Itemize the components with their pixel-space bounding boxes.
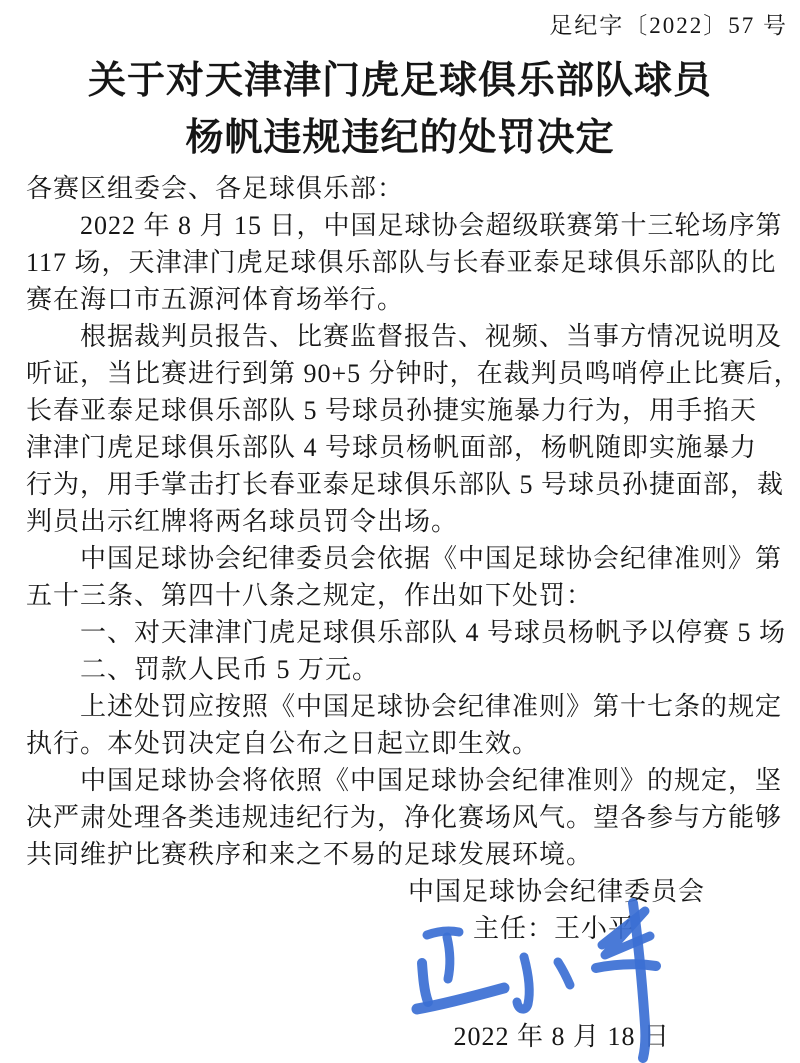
body-line: 决严肃处理各类违规违纪行为，净化赛场风气。望各参与方能够 bbox=[26, 799, 790, 836]
body-line: 听证，当比赛进行到第 90+5 分钟时，在裁判员鸣哨停止比赛后， bbox=[26, 355, 790, 392]
body-line: 中国足球协会将依照《中国足球协会纪律准则》的规定，坚 bbox=[26, 762, 790, 799]
body-line: 五十三条、第四十八条之规定，作出如下处罚： bbox=[26, 577, 790, 614]
salutation-line: 各赛区组委会、各足球俱乐部： bbox=[26, 170, 790, 207]
body-line: 117 场，天津津门虎足球俱乐部队与长春亚泰足球俱乐部队的比 bbox=[26, 244, 790, 281]
body-line: 赛在海口市五源河体育场举行。 bbox=[26, 281, 790, 318]
body-line: 中国足球协会纪律委员会依据《中国足球协会纪律准则》第 bbox=[26, 540, 790, 577]
body-line: 长春亚泰足球俱乐部队 5 号球员孙捷实施暴力行为，用手掐天 bbox=[26, 392, 790, 429]
document-date: 2022 年 8 月 18 日 bbox=[0, 1018, 800, 1055]
body-line: 上述处罚应按照《中国足球协会纪律准则》第十七条的规定 bbox=[26, 688, 790, 725]
body-line: 共同维护比赛秩序和来之不易的足球发展环境。 bbox=[26, 836, 790, 873]
document-number: 足纪字〔2022〕57 号 bbox=[0, 0, 800, 40]
document-page: 足纪字〔2022〕57 号 关于对天津津门虎足球俱乐部队球员 杨帆违规违纪的处罚… bbox=[0, 0, 800, 1063]
body-line: 2022 年 8 月 15 日，中国足球协会超级联赛第十三轮场序第 bbox=[26, 207, 790, 244]
title-line-1: 关于对天津津门虎足球俱乐部队球员 bbox=[0, 53, 800, 110]
body-line: 执行。本处罚决定自公布之日起立即生效。 bbox=[26, 725, 790, 762]
director-line: 主任：王小平 bbox=[0, 910, 800, 947]
document-body: 各赛区组委会、各足球俱乐部： 2022 年 8 月 15 日，中国足球协会超级联… bbox=[0, 170, 800, 873]
document-title: 关于对天津津门虎足球俱乐部队球员 杨帆违规违纪的处罚决定 bbox=[0, 53, 800, 167]
title-line-2: 杨帆违规违纪的处罚决定 bbox=[0, 110, 800, 167]
body-line: 判员出示红牌将两名球员罚令出场。 bbox=[26, 503, 790, 540]
body-line: 津津门虎足球俱乐部队 4 号球员杨帆面部，杨帆随即实施暴力 bbox=[26, 429, 790, 466]
body-line: 行为，用手掌击打长春亚泰足球俱乐部队 5 号球员孙捷面部，裁 bbox=[26, 466, 790, 503]
committee-name: 中国足球协会纪律委员会 bbox=[0, 873, 800, 910]
body-line: 根据裁判员报告、比赛监督报告、视频、当事方情况说明及 bbox=[26, 318, 790, 355]
signature-block: 中国足球协会纪律委员会 主任：王小平 2022 年 8 月 18 日 bbox=[0, 873, 800, 1055]
penalty-item-1: 一、对天津津门虎足球俱乐部队 4 号球员杨帆予以停赛 5 场 bbox=[26, 614, 790, 651]
penalty-item-2: 二、罚款人民币 5 万元。 bbox=[26, 651, 790, 688]
